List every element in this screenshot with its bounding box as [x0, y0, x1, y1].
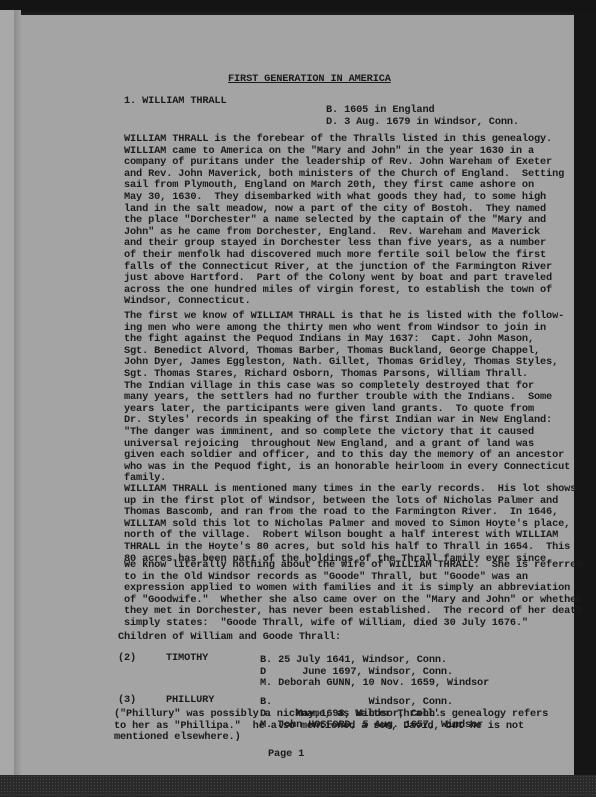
child-number: (3): [118, 695, 136, 707]
scan-left-margin: [0, 10, 14, 776]
person-death: D. 3 Aug. 1679 in Windsor, Conn.: [326, 117, 519, 129]
children-heading: Children of William and Goode Thrall:: [118, 632, 341, 644]
footnote: ("Phillury" was possibly a nickname, as …: [114, 709, 548, 744]
paragraph-land-records: WILLIAM THRALL is mentioned many times i…: [124, 484, 576, 565]
child-name: TIMOTHY: [166, 653, 208, 665]
scan-right-border: [574, 12, 596, 777]
page-heading: FIRST GENERATION IN AMERICA: [228, 74, 391, 86]
page-binding-edge: [14, 10, 21, 776]
page-number: Page 1: [268, 749, 304, 761]
paragraph-pequod-fight: The first we know of WILLIAM THRALL is t…: [124, 311, 570, 485]
child-number: (2): [118, 653, 136, 665]
child-details: B. 25 July 1641, Windsor, Conn. D June 1…: [260, 655, 489, 690]
paragraph-wife: We know literally nothing about the wife…: [124, 560, 582, 630]
child-name: PHILLURY: [166, 695, 214, 707]
paragraph-arrival: WILLIAM THRALL is the forebear of the Th…: [124, 134, 564, 308]
person-name: 1. WILLIAM THRALL: [124, 96, 227, 108]
person-birth: B. 1605 in England: [326, 105, 435, 117]
scan-top-border: [0, 0, 596, 12]
scan-bottom-border: [0, 775, 596, 797]
